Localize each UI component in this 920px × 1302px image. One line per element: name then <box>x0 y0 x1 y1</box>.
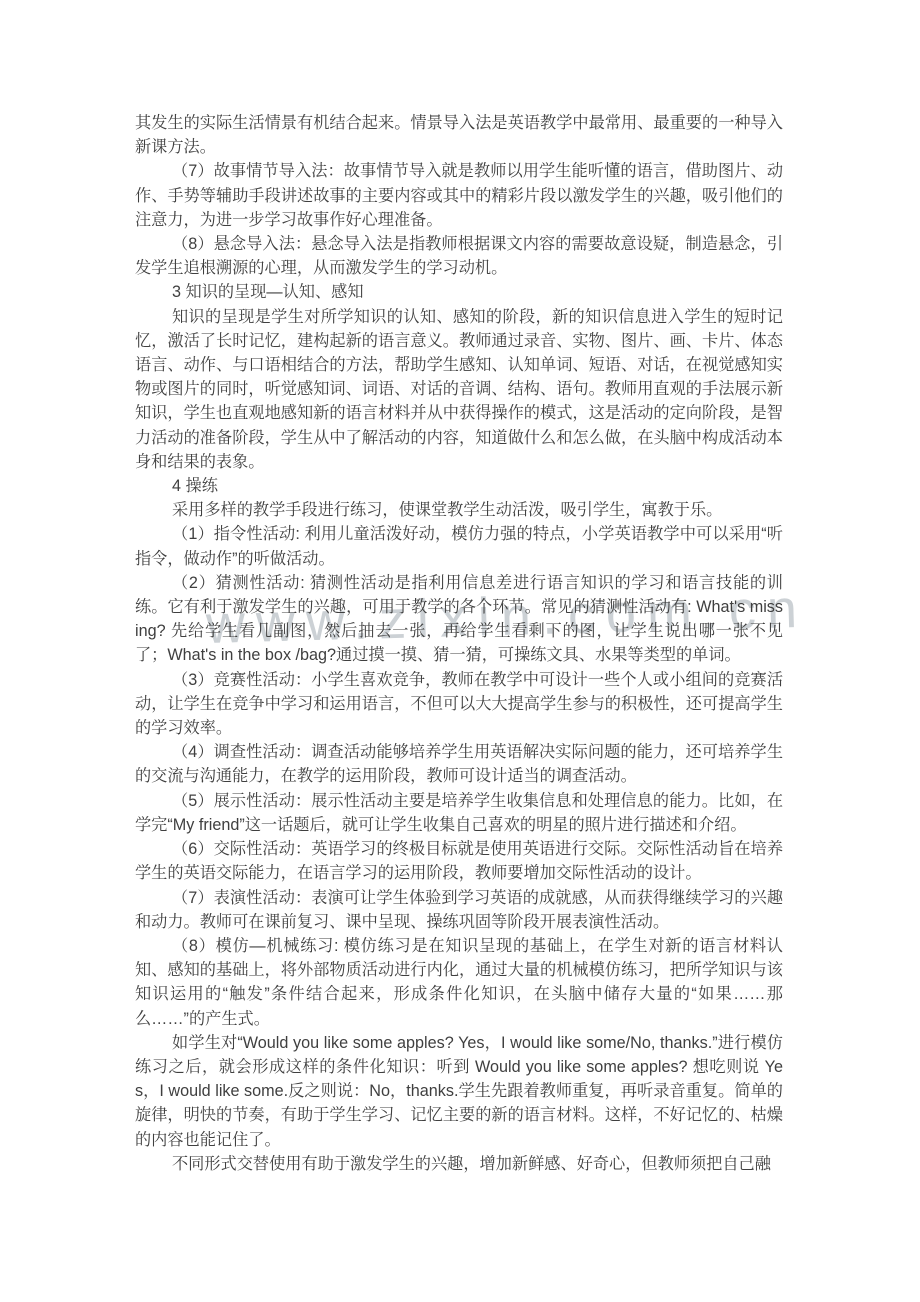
paragraph-imitation-example: 如学生对“Would you like some apples? Yes，I w… <box>135 1031 783 1152</box>
paragraph-activity-survey: （4）调查性活动：调查活动能够培养学生用英语解决实际问题的能力，还可培养学生的交… <box>135 740 783 788</box>
paragraph-activity-guessing: （2）猜测性活动: 猜测性活动是指利用信息差进行语言知识的学习和语言技能的训练。… <box>135 571 783 668</box>
paragraph-activity-performance: （7）表演性活动：表演可让学生体验到学习英语的成就感，从而获得继续学习的兴趣和动… <box>135 886 783 934</box>
paragraph-alternating-forms: 不同形式交替使用有助于激发学生的兴趣，增加新鲜感、好奇心，但教师须把自己融 <box>135 1152 783 1176</box>
section-heading-practice: 4 操练 <box>135 474 783 498</box>
paragraph-knowledge-presentation: 知识的呈现是学生对所学知识的认知、感知的阶段，新的知识信息进入学生的短时记忆，激… <box>135 305 783 474</box>
paragraph-suspense-intro-method: （8）悬念导入法：悬念导入法是指教师根据课文内容的需要故意设疑，制造悬念，引发学… <box>135 232 783 280</box>
paragraph-continuation: 其发生的实际生活情景有机结合起来。情景导入法是英语教学中最常用、最重要的一种导入… <box>135 111 783 159</box>
paragraph-activity-communication: （6）交际性活动：英语学习的终极目标就是使用英语进行交际。交际性活动旨在培养学生… <box>135 837 783 885</box>
paragraph-activity-presentation: （5）展示性活动：展示性活动主要是培养学生收集信息和处理信息的能力。比如，在学完… <box>135 789 783 837</box>
paragraph-activity-imitation-drill: （8）模仿—机械练习: 模仿练习是在知识呈现的基础上，在学生对新的语言材料认知、… <box>135 934 783 1031</box>
paragraph-story-intro-method: （7）故事情节导入法：故事情节导入就是教师以用学生能听懂的语言，借助图片、动作、… <box>135 159 783 232</box>
document-text-block: 其发生的实际生活情景有机结合起来。情景导入法是英语教学中最常用、最重要的一种导入… <box>135 111 783 1176</box>
document-page: www.zixin.com.cn 其发生的实际生活情景有机结合起来。情景导入法是… <box>0 0 920 1302</box>
paragraph-activity-command: （1）指令性活动: 利用儿童活泼好动，模仿力强的特点，小学英语教学中可以采用“听… <box>135 522 783 570</box>
paragraph-practice-intro: 采用多样的教学手段进行练习，使课堂教学生动活泼，吸引学生，寓教于乐。 <box>135 498 783 522</box>
section-heading-knowledge-presentation: 3 知识的呈现—认知、感知 <box>135 280 783 304</box>
paragraph-activity-competition: （3）竞赛性活动：小学生喜欢竞争，教师在教学中可设计一些个人或小组间的竞赛活动，… <box>135 668 783 741</box>
